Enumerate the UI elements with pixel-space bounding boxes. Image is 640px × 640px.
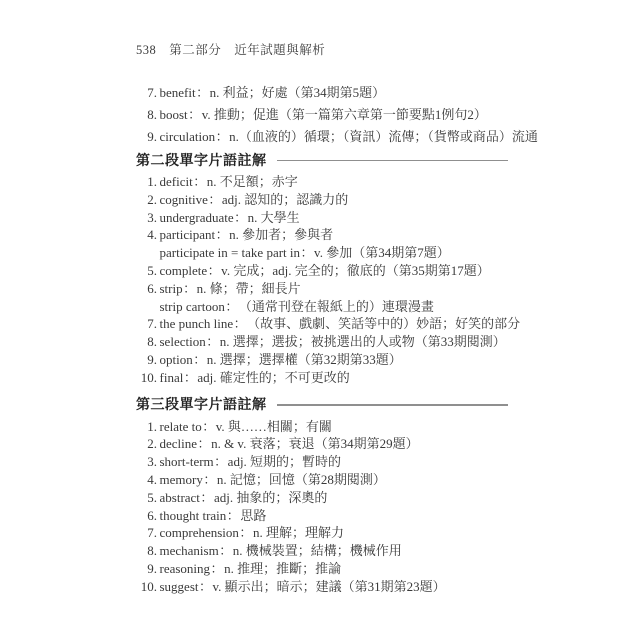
vocab-item: 4.participant：n. 參加者；參與者 bbox=[136, 226, 508, 244]
item-definition: v. 完成；adj. 完全的；徹底的（第35期第17題） bbox=[221, 262, 490, 280]
vocab-item: 10.final：adj. 確定性的；不可更改的 bbox=[136, 369, 508, 387]
vocab-item: 7.the punch line：（故事、戲劇、笑話等中的）妙語；好笑的部分 bbox=[136, 315, 508, 333]
item-term: relate to bbox=[160, 418, 202, 436]
item-definition: adj. 確定性的；不可更改的 bbox=[197, 369, 349, 387]
book-page: 538第二部分近年試題與解析 7.benefit：n. 利益；好處（第34期第5… bbox=[136, 40, 508, 596]
item-number: 2. bbox=[136, 435, 157, 453]
item-separator: ： bbox=[219, 542, 232, 560]
vocab-item: 2.decline：n. & v. 衰落；衰退（第34期第29題） bbox=[136, 435, 508, 453]
item-number: 4. bbox=[136, 471, 157, 489]
item-separator: ： bbox=[208, 191, 221, 209]
item-separator: ： bbox=[214, 453, 227, 471]
vocab-item: 9.reasoning：n. 推理；推斷；推論 bbox=[136, 560, 508, 578]
item-definition: adj. 認知的；認識力的 bbox=[222, 191, 348, 209]
item-number: 6. bbox=[136, 280, 157, 298]
item-separator: ： bbox=[227, 507, 240, 525]
vocab-item: 10.suggest：v. 顯示出；暗示；建議（第31期第23題） bbox=[136, 578, 508, 596]
vocab-list: 1.deficit：n. 不足額；赤字 2.cognitive：adj. 認知的… bbox=[136, 173, 508, 387]
item-term: deficit bbox=[160, 173, 193, 191]
item-term: mechanism bbox=[160, 542, 219, 560]
page-header: 538第二部分近年試題與解析 bbox=[136, 40, 508, 58]
item-separator: ： bbox=[211, 560, 224, 578]
item-separator: ： bbox=[203, 471, 216, 489]
item-number: 8. bbox=[136, 542, 157, 560]
item-term: strip cartoon bbox=[160, 298, 225, 316]
section-title: 第二段單字片語註解 bbox=[136, 150, 267, 170]
item-separator: ： bbox=[202, 418, 215, 436]
item-separator: ： bbox=[234, 315, 247, 333]
vocab-item: 9.option：n. 選擇；選擇權（第32期第33題） bbox=[136, 351, 508, 369]
vocab-item: 3.short-term：adj. 短期的；暫時的 bbox=[136, 453, 508, 471]
vocab-item: 3.undergraduate：n. 大學生 bbox=[136, 209, 508, 227]
item-definition: n. 機械裝置；結構；機械作用 bbox=[233, 542, 402, 560]
item-number: 3. bbox=[136, 453, 157, 471]
item-definition: n. 不足額；赤字 bbox=[207, 173, 298, 191]
item-number: 8. bbox=[136, 333, 157, 351]
vocab-item: 8.selection：n. 選擇；選拔；被挑選出的人或物（第33期閱測） bbox=[136, 333, 508, 351]
item-separator: ： bbox=[216, 226, 229, 244]
item-definition: adj. 短期的；暫時的 bbox=[228, 453, 341, 471]
item-number: 7. bbox=[136, 82, 157, 104]
item-term: comprehension bbox=[160, 524, 239, 542]
item-definition: n. 選擇；選擇權（第32期第33題） bbox=[207, 351, 402, 369]
vocab-subitem: participate in = take part in：v. 參加（第34期… bbox=[136, 244, 508, 262]
item-term: reasoning bbox=[160, 560, 211, 578]
item-definition: v. 與……相關；有關 bbox=[216, 418, 332, 436]
item-definition: n. & v. 衰落；衰退（第34期第29題） bbox=[211, 435, 419, 453]
item-separator: ： bbox=[184, 369, 197, 387]
vocab-item: 5.abstract：adj. 抽象的；深奧的 bbox=[136, 489, 508, 507]
item-term: circulation bbox=[160, 126, 216, 148]
vocab-item: 1.relate to：v. 與……相關；有關 bbox=[136, 418, 508, 436]
item-separator: ： bbox=[216, 126, 229, 148]
section-paragraph-2-notes: 第二段單字片語註解 1.deficit：n. 不足額；赤字 2.cognitiv… bbox=[136, 151, 508, 387]
item-definition: 思路 bbox=[240, 507, 266, 525]
item-term: participant bbox=[160, 226, 216, 244]
vocab-item: 2.cognitive：adj. 認知的；認識力的 bbox=[136, 191, 508, 209]
item-number: 7. bbox=[136, 315, 157, 333]
item-definition: （故事、戲劇、笑話等中的）妙語；好笑的部分 bbox=[247, 315, 520, 333]
vocab-subitem: strip cartoon：（通常刊登在報紙上的）連環漫畫 bbox=[136, 298, 508, 316]
item-number: 9. bbox=[136, 126, 157, 148]
vocab-list-continuation: 7.benefit：n. 利益；好處（第34期第5題） 8.boost：v. 推… bbox=[136, 82, 508, 148]
vocab-item: 6.strip：n. 條；帶；細長片 bbox=[136, 280, 508, 298]
item-term: memory bbox=[160, 471, 203, 489]
item-definition: n. 記憶；回憶（第28期閱測） bbox=[217, 471, 386, 489]
item-separator: ： bbox=[188, 104, 201, 126]
item-number: 10. bbox=[136, 369, 157, 387]
item-number: 3. bbox=[136, 209, 157, 227]
item-term: short-term bbox=[160, 453, 214, 471]
item-number: 9. bbox=[136, 351, 157, 369]
item-definition: （通常刊登在報紙上的）連環漫畫 bbox=[239, 298, 434, 316]
item-number: 2. bbox=[136, 191, 157, 209]
item-term: the punch line bbox=[160, 315, 234, 333]
vocab-item: 8.mechanism：n. 機械裝置；結構；機械作用 bbox=[136, 542, 508, 560]
vocab-item: 7.comprehension：n. 理解；理解力 bbox=[136, 524, 508, 542]
item-term: complete bbox=[160, 262, 208, 280]
item-definition: v. 推動；促進（第一篇第六章第一節要點1例句2） bbox=[202, 104, 487, 126]
item-separator: ： bbox=[225, 298, 238, 316]
item-definition: n. 條；帶；細長片 bbox=[197, 280, 301, 298]
item-definition: v. 參加（第34期第7題） bbox=[314, 244, 450, 262]
item-number: 7. bbox=[136, 524, 157, 542]
item-definition: adj. 抽象的；深奧的 bbox=[214, 489, 327, 507]
chapter-title: 近年試題與解析 bbox=[234, 43, 325, 57]
item-number: 1. bbox=[136, 173, 157, 191]
item-separator: ： bbox=[198, 435, 211, 453]
item-term: strip bbox=[160, 280, 183, 298]
item-term: decline bbox=[160, 435, 198, 453]
item-term: selection bbox=[160, 333, 206, 351]
item-number: 4. bbox=[136, 226, 157, 244]
page-number: 538 bbox=[136, 43, 156, 57]
item-number: 5. bbox=[136, 489, 157, 507]
vocab-item: 8.boost：v. 推動；促進（第一篇第六章第一節要點1例句2） bbox=[136, 104, 508, 126]
section-rule bbox=[277, 160, 509, 162]
section-paragraph-3-notes: 第三段單字片語註解 1.relate to：v. 與……相關；有關 2.decl… bbox=[136, 396, 508, 596]
item-term: final bbox=[160, 369, 184, 387]
item-separator: ： bbox=[199, 578, 212, 596]
item-separator: ： bbox=[193, 351, 206, 369]
item-separator: ： bbox=[301, 244, 314, 262]
vocab-item: 6.thought train：思路 bbox=[136, 507, 508, 525]
item-separator: ： bbox=[208, 262, 221, 280]
item-separator: ： bbox=[206, 333, 219, 351]
item-separator: ： bbox=[234, 209, 247, 227]
section-rule bbox=[277, 404, 509, 406]
item-definition: n. 大學生 bbox=[248, 209, 300, 227]
vocab-item: 7.benefit：n. 利益；好處（第34期第5題） bbox=[136, 82, 508, 104]
vocab-item: 5.complete：v. 完成；adj. 完全的；徹底的（第35期第17題） bbox=[136, 262, 508, 280]
item-separator: ： bbox=[193, 173, 206, 191]
item-separator: ： bbox=[200, 489, 213, 507]
item-definition: n. 理解；理解力 bbox=[253, 524, 344, 542]
item-term: boost bbox=[160, 104, 188, 126]
item-definition: n. 利益；好處（第34期第5題） bbox=[210, 82, 386, 104]
item-term: abstract bbox=[160, 489, 200, 507]
item-definition: n. 選擇；選拔；被挑選出的人或物（第33期閱測） bbox=[220, 333, 506, 351]
item-term: benefit bbox=[160, 82, 196, 104]
section-header: 第二段單字片語註解 bbox=[136, 151, 508, 168]
vocab-item: 4.memory：n. 記憶；回憶（第28期閱測） bbox=[136, 471, 508, 489]
item-separator: ： bbox=[183, 280, 196, 298]
item-number: 6. bbox=[136, 507, 157, 525]
item-number: 1. bbox=[136, 418, 157, 436]
item-term: thought train bbox=[160, 507, 227, 525]
item-number: 10. bbox=[136, 578, 157, 596]
item-definition: n. 參加者；參與者 bbox=[229, 226, 333, 244]
item-separator: ： bbox=[239, 524, 252, 542]
item-term: suggest bbox=[160, 578, 199, 596]
vocab-list: 1.relate to：v. 與……相關；有關 2.decline：n. & v… bbox=[136, 418, 508, 596]
item-separator: ： bbox=[196, 82, 209, 104]
item-term: participate in = take part in bbox=[160, 244, 301, 262]
item-number: 9. bbox=[136, 560, 157, 578]
item-term: option bbox=[160, 351, 193, 369]
section-title: 第三段單字片語註解 bbox=[136, 394, 267, 414]
item-definition: v. 顯示出；暗示；建議（第31期第23題） bbox=[213, 578, 446, 596]
vocab-item: 1.deficit：n. 不足額；赤字 bbox=[136, 173, 508, 191]
part-label: 第二部分 bbox=[169, 43, 221, 57]
item-term: cognitive bbox=[160, 191, 208, 209]
item-definition: n.（血液的）循環；（資訊）流傳；（貨幣或商品）流通 bbox=[229, 126, 538, 148]
item-definition: n. 推理；推斷；推論 bbox=[224, 560, 341, 578]
item-term: undergraduate bbox=[160, 209, 234, 227]
item-number: 8. bbox=[136, 104, 157, 126]
section-header: 第三段單字片語註解 bbox=[136, 396, 508, 413]
vocab-item: 9.circulation：n.（血液的）循環；（資訊）流傳；（貨幣或商品）流通 bbox=[136, 126, 508, 148]
item-number: 5. bbox=[136, 262, 157, 280]
